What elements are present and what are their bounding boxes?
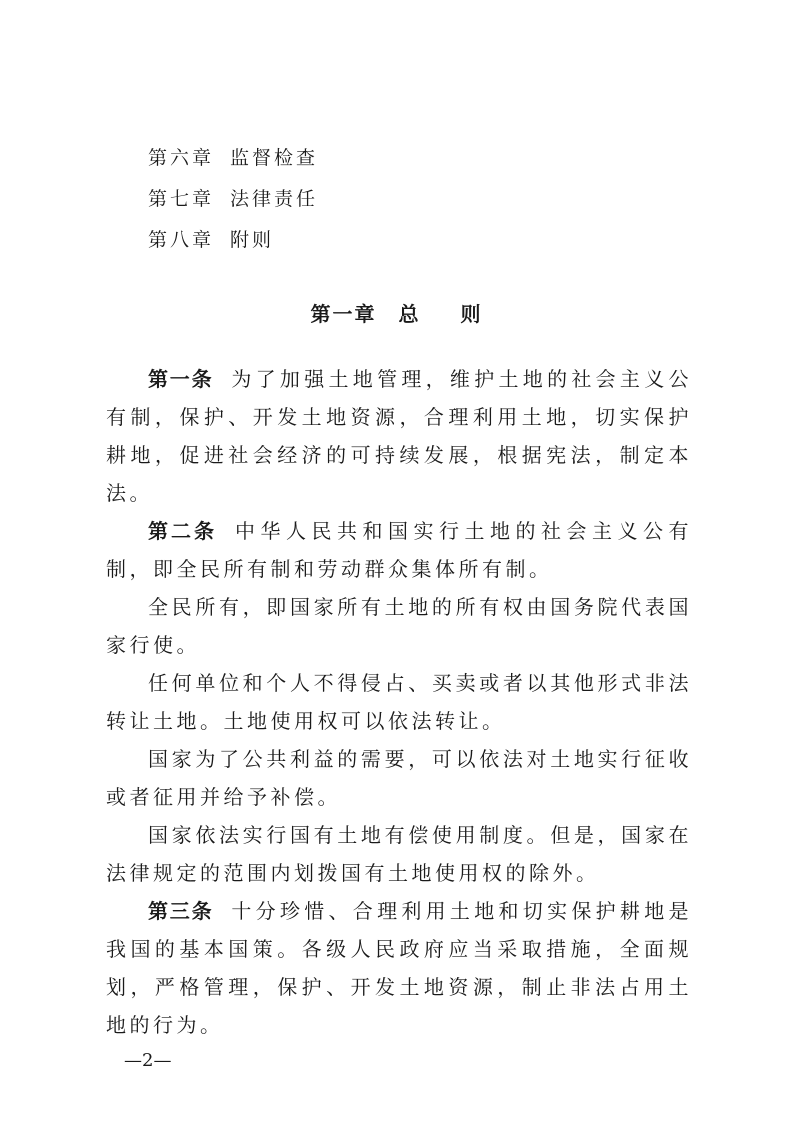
article-2: 第二条中华人民共和国实行土地的社会主义公有制，即全民所有制和劳动群众集体所有制。	[106, 512, 692, 588]
paragraph-text: 全民所有，即国家所有土地的所有权由国务院代表国家行使。	[106, 595, 692, 657]
toc-chapter-number: 第八章	[148, 225, 230, 252]
toc-item-chapter-7: 第七章法律责任	[148, 184, 318, 211]
chapter-heading: 第一章总则	[0, 298, 793, 327]
toc-chapter-number: 第七章	[148, 184, 230, 211]
paragraph-text: 国家依法实行国有土地有偿使用制度。但是，国家在法律规定的范围内划拨国有土地使用权…	[106, 823, 692, 885]
paragraph-text: 任何单位和个人不得侵占、买卖或者以其他形式非法转让土地。土地使用权可以依法转让。	[106, 671, 692, 733]
chapter-number: 第一章	[311, 302, 377, 326]
article-label: 第三条	[148, 899, 213, 923]
article-2-paragraph-5: 国家依法实行国有土地有偿使用制度。但是，国家在法律规定的范围内划拨国有土地使用权…	[106, 816, 692, 892]
article-2-paragraph-4: 国家为了公共利益的需要，可以依法对土地实行征收或者征用并给予补偿。	[106, 740, 692, 816]
body-text: 第一条为了加强土地管理，维护土地的社会主义公有制，保护、开发土地资源，合理利用土…	[106, 360, 692, 1044]
toc-chapter-title: 附则	[230, 229, 274, 251]
document-page: 第六章监督检查 第七章法律责任 第八章附则 第一章总则 第一条为了加强土地管理，…	[0, 0, 793, 1121]
chapter-title-part1: 总	[399, 302, 421, 326]
toc-chapter-number: 第六章	[148, 143, 230, 170]
chapter-title-part2: 则	[461, 302, 483, 326]
article-2-paragraph-3: 任何单位和个人不得侵占、买卖或者以其他形式非法转让土地。土地使用权可以依法转让。	[106, 664, 692, 740]
article-3: 第三条十分珍惜、合理利用土地和切实保护耕地是我国的基本国策。各级人民政府应当采取…	[106, 892, 692, 1044]
toc-chapter-title: 法律责任	[230, 188, 318, 210]
page-number: —2—	[124, 1050, 171, 1071]
article-label: 第一条	[148, 367, 213, 391]
toc-item-chapter-6: 第六章监督检查	[148, 143, 318, 170]
article-label: 第二条	[148, 519, 217, 543]
toc-chapter-title: 监督检查	[230, 147, 318, 169]
article-2-paragraph-2: 全民所有，即国家所有土地的所有权由国务院代表国家行使。	[106, 588, 692, 664]
article-1: 第一条为了加强土地管理，维护土地的社会主义公有制，保护、开发土地资源，合理利用土…	[106, 360, 692, 512]
paragraph-text: 国家为了公共利益的需要，可以依法对土地实行征收或者征用并给予补偿。	[106, 747, 692, 809]
toc-item-chapter-8: 第八章附则	[148, 225, 274, 252]
